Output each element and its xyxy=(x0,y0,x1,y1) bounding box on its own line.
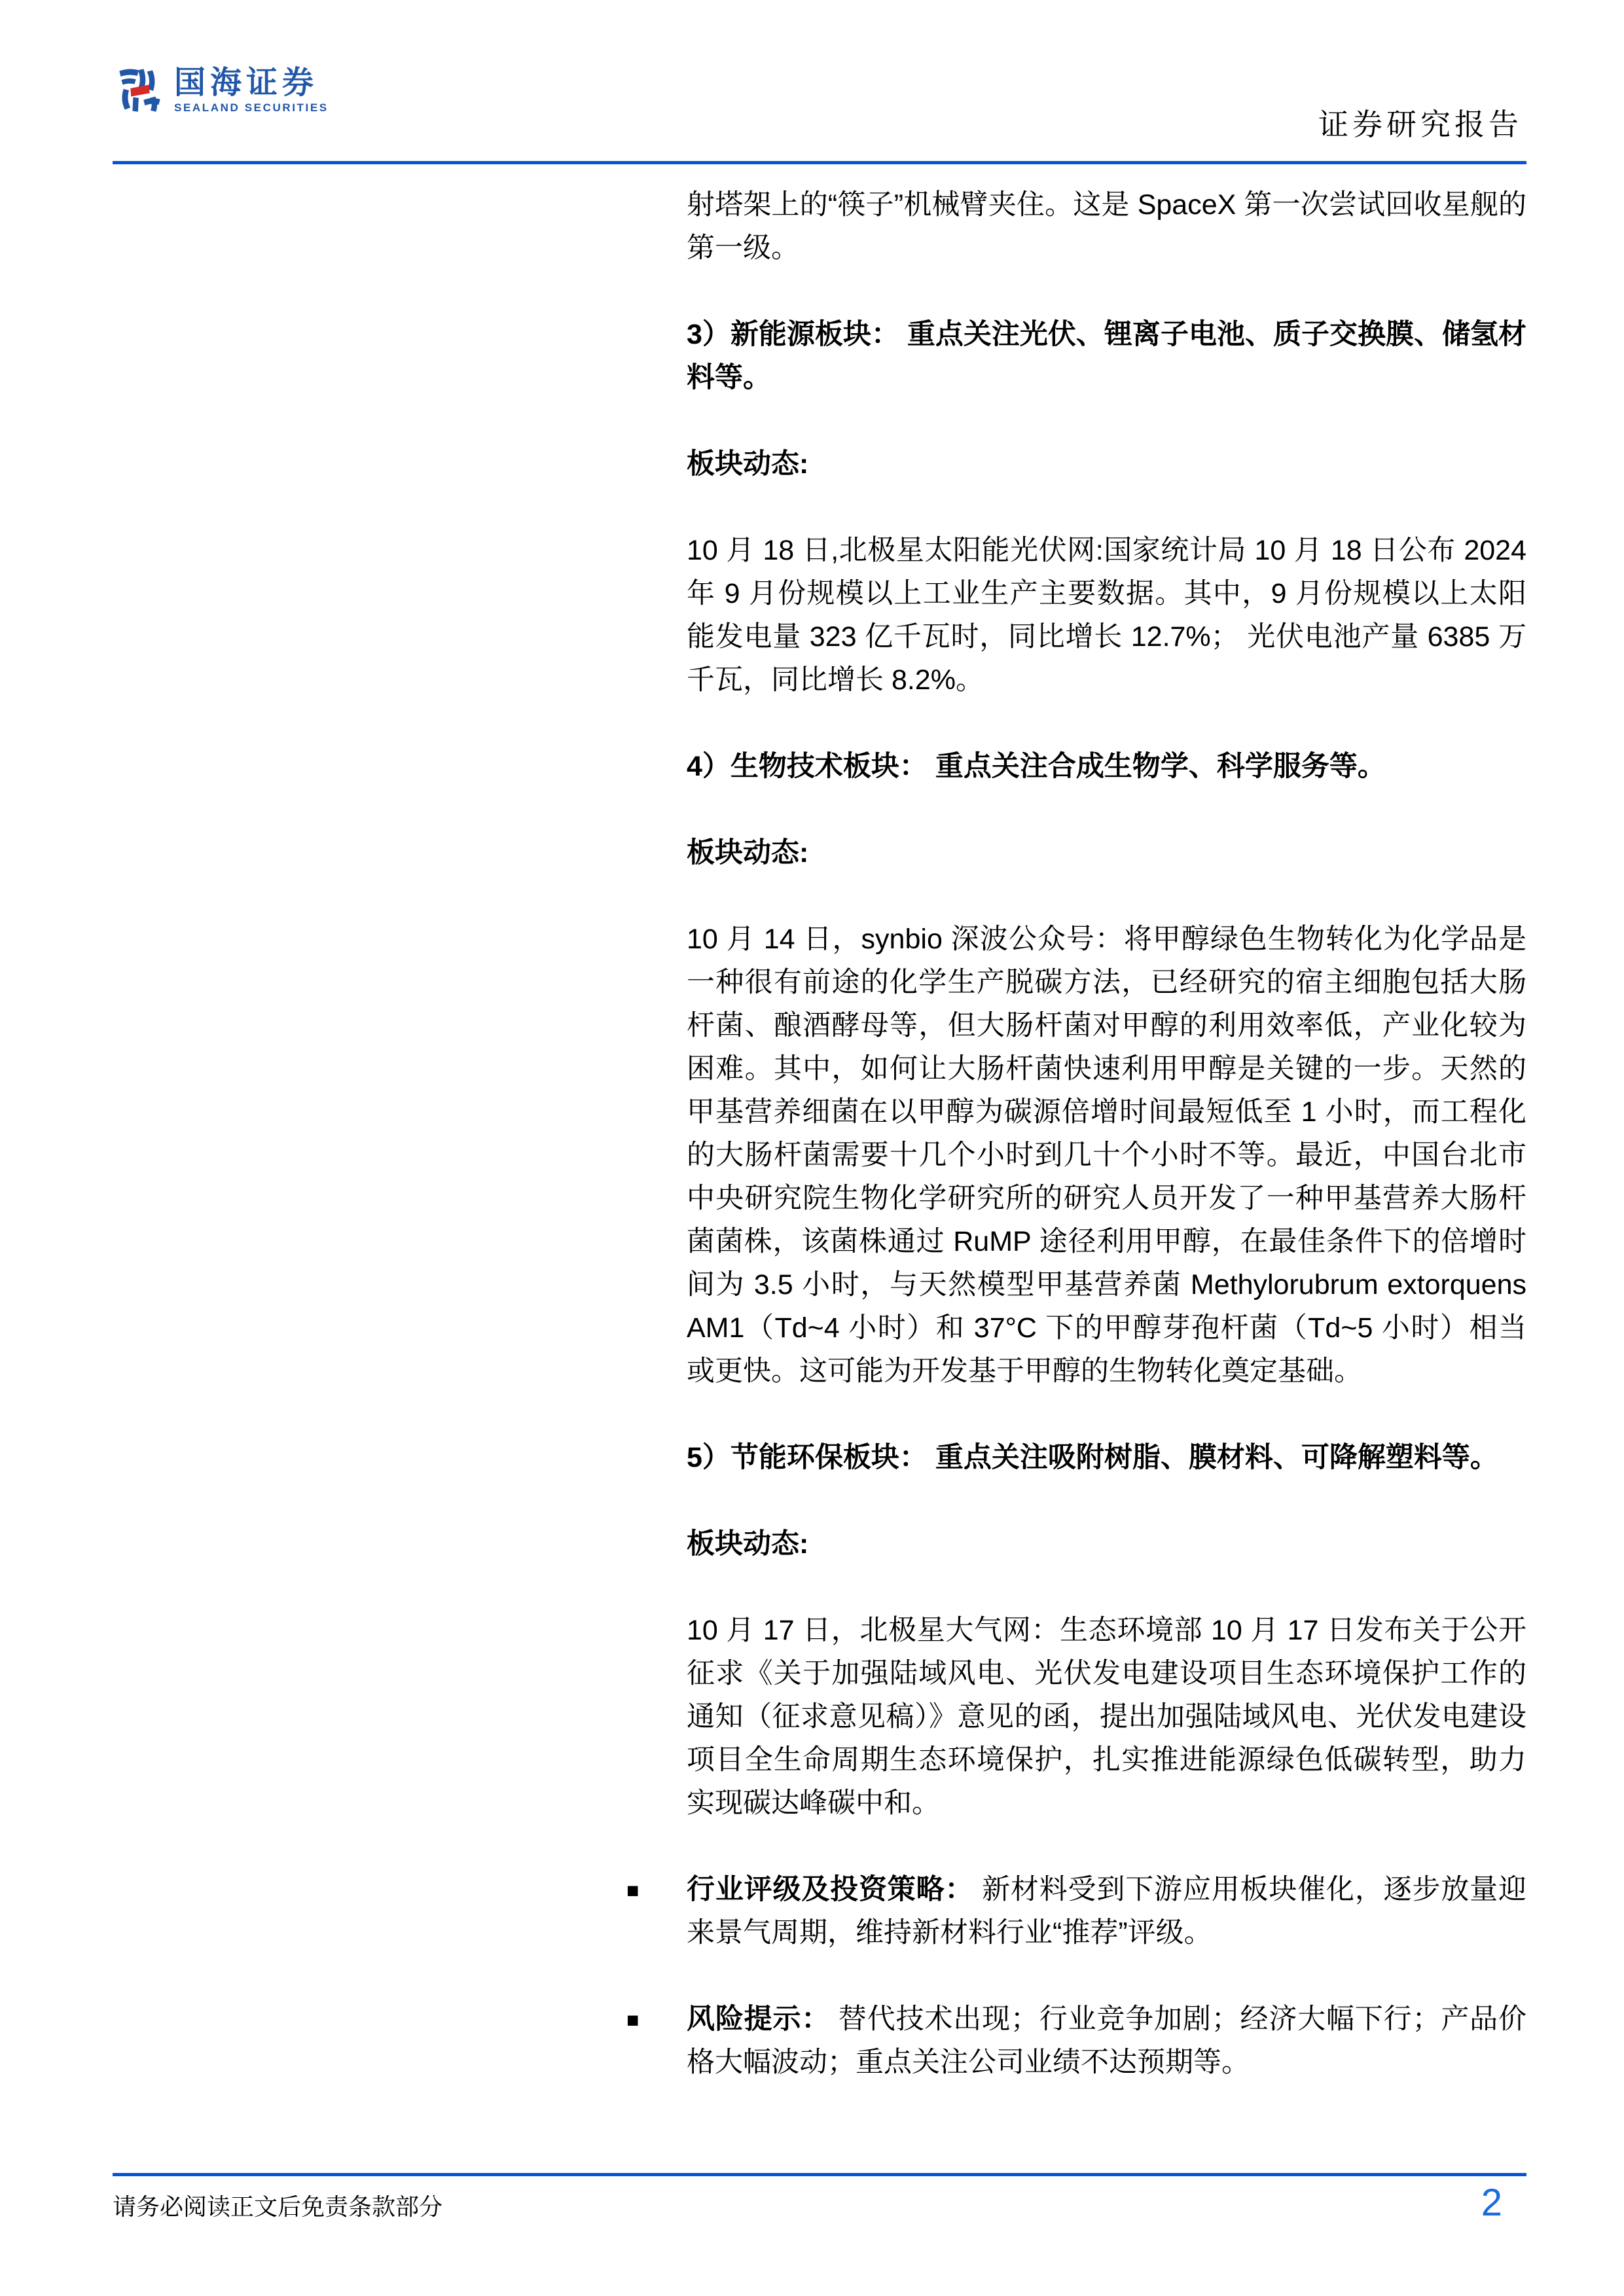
logo-text-cn: 国海证券 xyxy=(174,67,329,99)
paragraph-text: 重点关注合成生物学、科学服务等。 xyxy=(928,751,1386,782)
bullet-square-icon: ■ xyxy=(626,1869,639,1912)
body-paragraph: 10 月 17 日，北极星大气网：生态环境部 10 月 17 日发布关于公开征求… xyxy=(687,1609,1526,1825)
body-paragraph: 射塔架上的“筷子”机械臂夹住。这是 SpaceX 第一次尝试回收星舰的第一级。 xyxy=(687,183,1526,270)
paragraph-text: 10 月 17 日，北极星大气网：生态环境部 10 月 17 日发布关于公开征求… xyxy=(687,1615,1526,1819)
footer-disclaimer: 请务必阅读正文后免责条款部分 xyxy=(113,2189,442,2225)
paragraph-text: 重点关注吸附树脂、膜材料、可降解塑料等。 xyxy=(928,1442,1498,1473)
paragraph-text: 板块动态: xyxy=(687,1528,808,1560)
page-number: 2 xyxy=(1481,2179,1502,2227)
section-subhead: 板块动态: xyxy=(687,442,1526,486)
body-paragraph: 4）生物技术板块： 重点关注合成生物学、科学服务等。 xyxy=(687,745,1526,788)
footer-divider xyxy=(113,2173,1526,2176)
paragraph-text: 10 月 14 日，synbio 深波公众号：将甲醇绿色生物转化为化学品是一种很… xyxy=(687,924,1526,1387)
paragraph-text: 10 月 18 日,北极星太阳能光伏网:国家统计局 10 月 18 日公布 20… xyxy=(687,535,1526,696)
bullet-item: ■风险提示： 替代技术出现；行业竞争加剧；经济大幅下行；产品价格大幅波动；重点关… xyxy=(687,1998,1526,2084)
body-paragraph: 5）节能环保板块： 重点关注吸附树脂、膜材料、可降解塑料等。 xyxy=(687,1436,1526,1479)
header-divider xyxy=(113,161,1526,164)
report-body: 射塔架上的“筷子”机械臂夹住。这是 SpaceX 第一次尝试回收星舰的第一级。3… xyxy=(687,183,1526,2084)
logo-text-en: SEALAND SECURITIES xyxy=(174,101,329,115)
body-paragraph: 3）新能源板块： 重点关注光伏、锂离子电池、质子交换膜、储氢材料等。 xyxy=(687,313,1526,399)
paragraph-text: 板块动态: xyxy=(687,837,808,869)
section-subhead: 板块动态: xyxy=(687,1522,1526,1566)
paragraph-text: 射塔架上的“筷子”机械臂夹住。这是 SpaceX 第一次尝试回收星舰的第一级。 xyxy=(687,189,1526,264)
sealand-logo-icon xyxy=(115,65,165,115)
bullet-square-icon: ■ xyxy=(626,1998,639,2041)
paragraph-lead: 4）生物技术板块： xyxy=(687,751,928,782)
body-paragraph: 10 月 18 日,北极星太阳能光伏网:国家统计局 10 月 18 日公布 20… xyxy=(687,529,1526,702)
paragraph-lead: 行业评级及投资策略： xyxy=(687,1874,973,1905)
paragraph-lead: 风险提示： xyxy=(687,2003,830,2035)
logo-text: 国海证券 SEALAND SECURITIES xyxy=(174,67,329,115)
paragraph-lead: 3）新能源板块： xyxy=(687,319,899,350)
report-type-title: 证券研究报告 xyxy=(1318,102,1523,148)
body-paragraph: 10 月 14 日，synbio 深波公众号：将甲醇绿色生物转化为化学品是一种很… xyxy=(687,918,1526,1393)
section-subhead: 板块动态: xyxy=(687,831,1526,874)
company-logo: 国海证券 SEALAND SECURITIES xyxy=(115,65,329,115)
report-page: 国海证券 SEALAND SECURITIES 证券研究报告 射塔架上的“筷子”… xyxy=(0,0,1624,2296)
bullet-item: ■行业评级及投资策略： 新材料受到下游应用板块催化，逐步放量迎来景气周期，维持新… xyxy=(687,1868,1526,1954)
paragraph-lead: 5）节能环保板块： xyxy=(687,1442,928,1473)
paragraph-text: 板块动态: xyxy=(687,448,808,480)
